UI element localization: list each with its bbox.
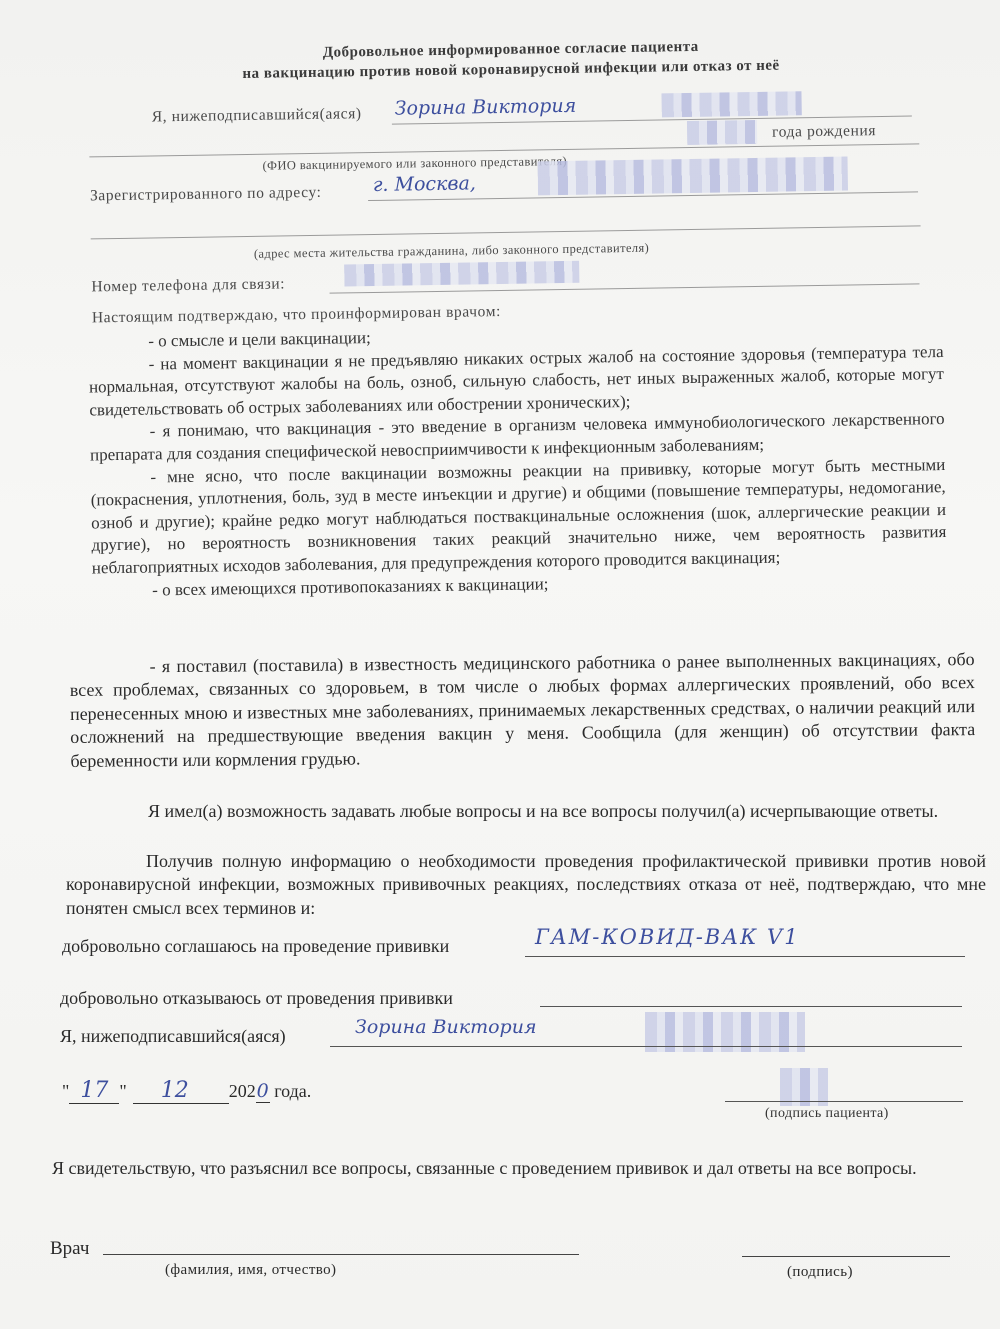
patient-signature-caption: (подпись пациента): [765, 1106, 889, 1122]
doctor-name-line[interactable]: [103, 1254, 579, 1255]
received-info-paragraph: Получив полную информацию о необходимост…: [66, 850, 986, 920]
doctor-signature-caption: (подпись): [787, 1264, 853, 1281]
signer-line-2: [330, 1046, 962, 1047]
refusal-label: добровольно отказываюсь от проведения пр…: [60, 988, 453, 1009]
doctor-signature-line[interactable]: [742, 1256, 950, 1257]
doctor-statement: Я свидетельствую, что разъяснил все вопр…: [52, 1156, 1000, 1181]
date-day: 17: [80, 1078, 108, 1103]
date-quote-open: ": [62, 1081, 69, 1101]
date-year-word: года.: [274, 1081, 311, 1101]
date-month: 12: [161, 1078, 189, 1103]
item-health-disclosure: - я поставил (поставила) в известность м…: [70, 648, 976, 773]
signer-label-2: Я, нижеподписавшийся(аяся): [60, 1026, 286, 1047]
date-quote-close: ": [119, 1081, 126, 1101]
form-lower-section: - я поставил (поставила) в известность м…: [0, 0, 1000, 1329]
date-field: "17"122020 года.: [62, 1078, 311, 1104]
patient-signature-line[interactable]: [725, 1101, 963, 1102]
date-year-prefix: 202: [229, 1081, 256, 1101]
document-page: Добровольное информированное согласие па…: [0, 0, 1000, 1329]
consent-vaccine-handwritten: ГАМ-КОВИД-ВАК V1: [535, 925, 800, 949]
date-year-suffix: 0: [257, 1080, 269, 1102]
questions-paragraph: Я имел(а) возможность задавать любые воп…: [68, 800, 980, 823]
signer-name-handwritten-2: Зорина Виктория: [355, 1016, 537, 1038]
doctor-name-caption: (фамилия, имя, отчество): [165, 1262, 336, 1279]
consent-line[interactable]: [525, 956, 965, 957]
doctor-label: Врач: [50, 1238, 89, 1260]
consent-label: добровольно соглашаюсь на проведение при…: [62, 936, 449, 957]
refusal-line[interactable]: [540, 1006, 962, 1007]
